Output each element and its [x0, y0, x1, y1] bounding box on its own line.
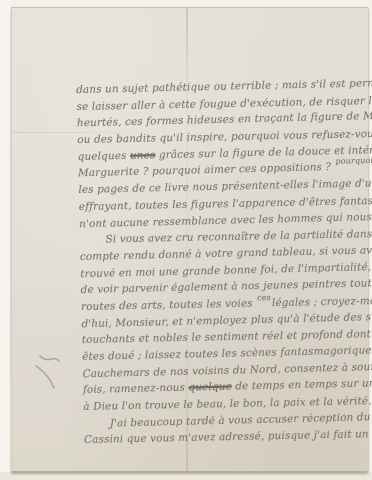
interlinear-insertion: ces: [257, 290, 271, 307]
manuscript-text-segment: fois, ramenez-nous: [83, 382, 189, 396]
letter-page: dans un sujet pathétique ou terrible ; m…: [11, 7, 368, 471]
manuscript-text-segment: légales ; croyez-moi encore aujour: [272, 293, 372, 309]
interlinear-insertion: pourquoi: [335, 153, 372, 171]
letter-scan: dans un sujet pathétique ou terrible ; m…: [0, 0, 372, 480]
manuscript-text-segment: routes des arts, toutes les voies: [81, 297, 256, 313]
pencil-mark: [26, 348, 78, 396]
struck-word: quelque: [188, 381, 232, 394]
struck-word: unes: [130, 149, 156, 162]
scanner-background-bottom: [0, 472, 372, 480]
manuscript-text: dans un sujet pathétique ou terrible ; m…: [76, 75, 372, 449]
manuscript-text-segment: touchants et nobles le sentiment réel et…: [82, 328, 372, 346]
manuscript-text-segment: Si vous avez cru reconnaître de la parti…: [105, 228, 372, 246]
manuscript-text-segment: Cassini que vous m'avez adressé, puisque…: [84, 428, 372, 446]
manuscript-text-segment: quelques: [78, 150, 131, 163]
